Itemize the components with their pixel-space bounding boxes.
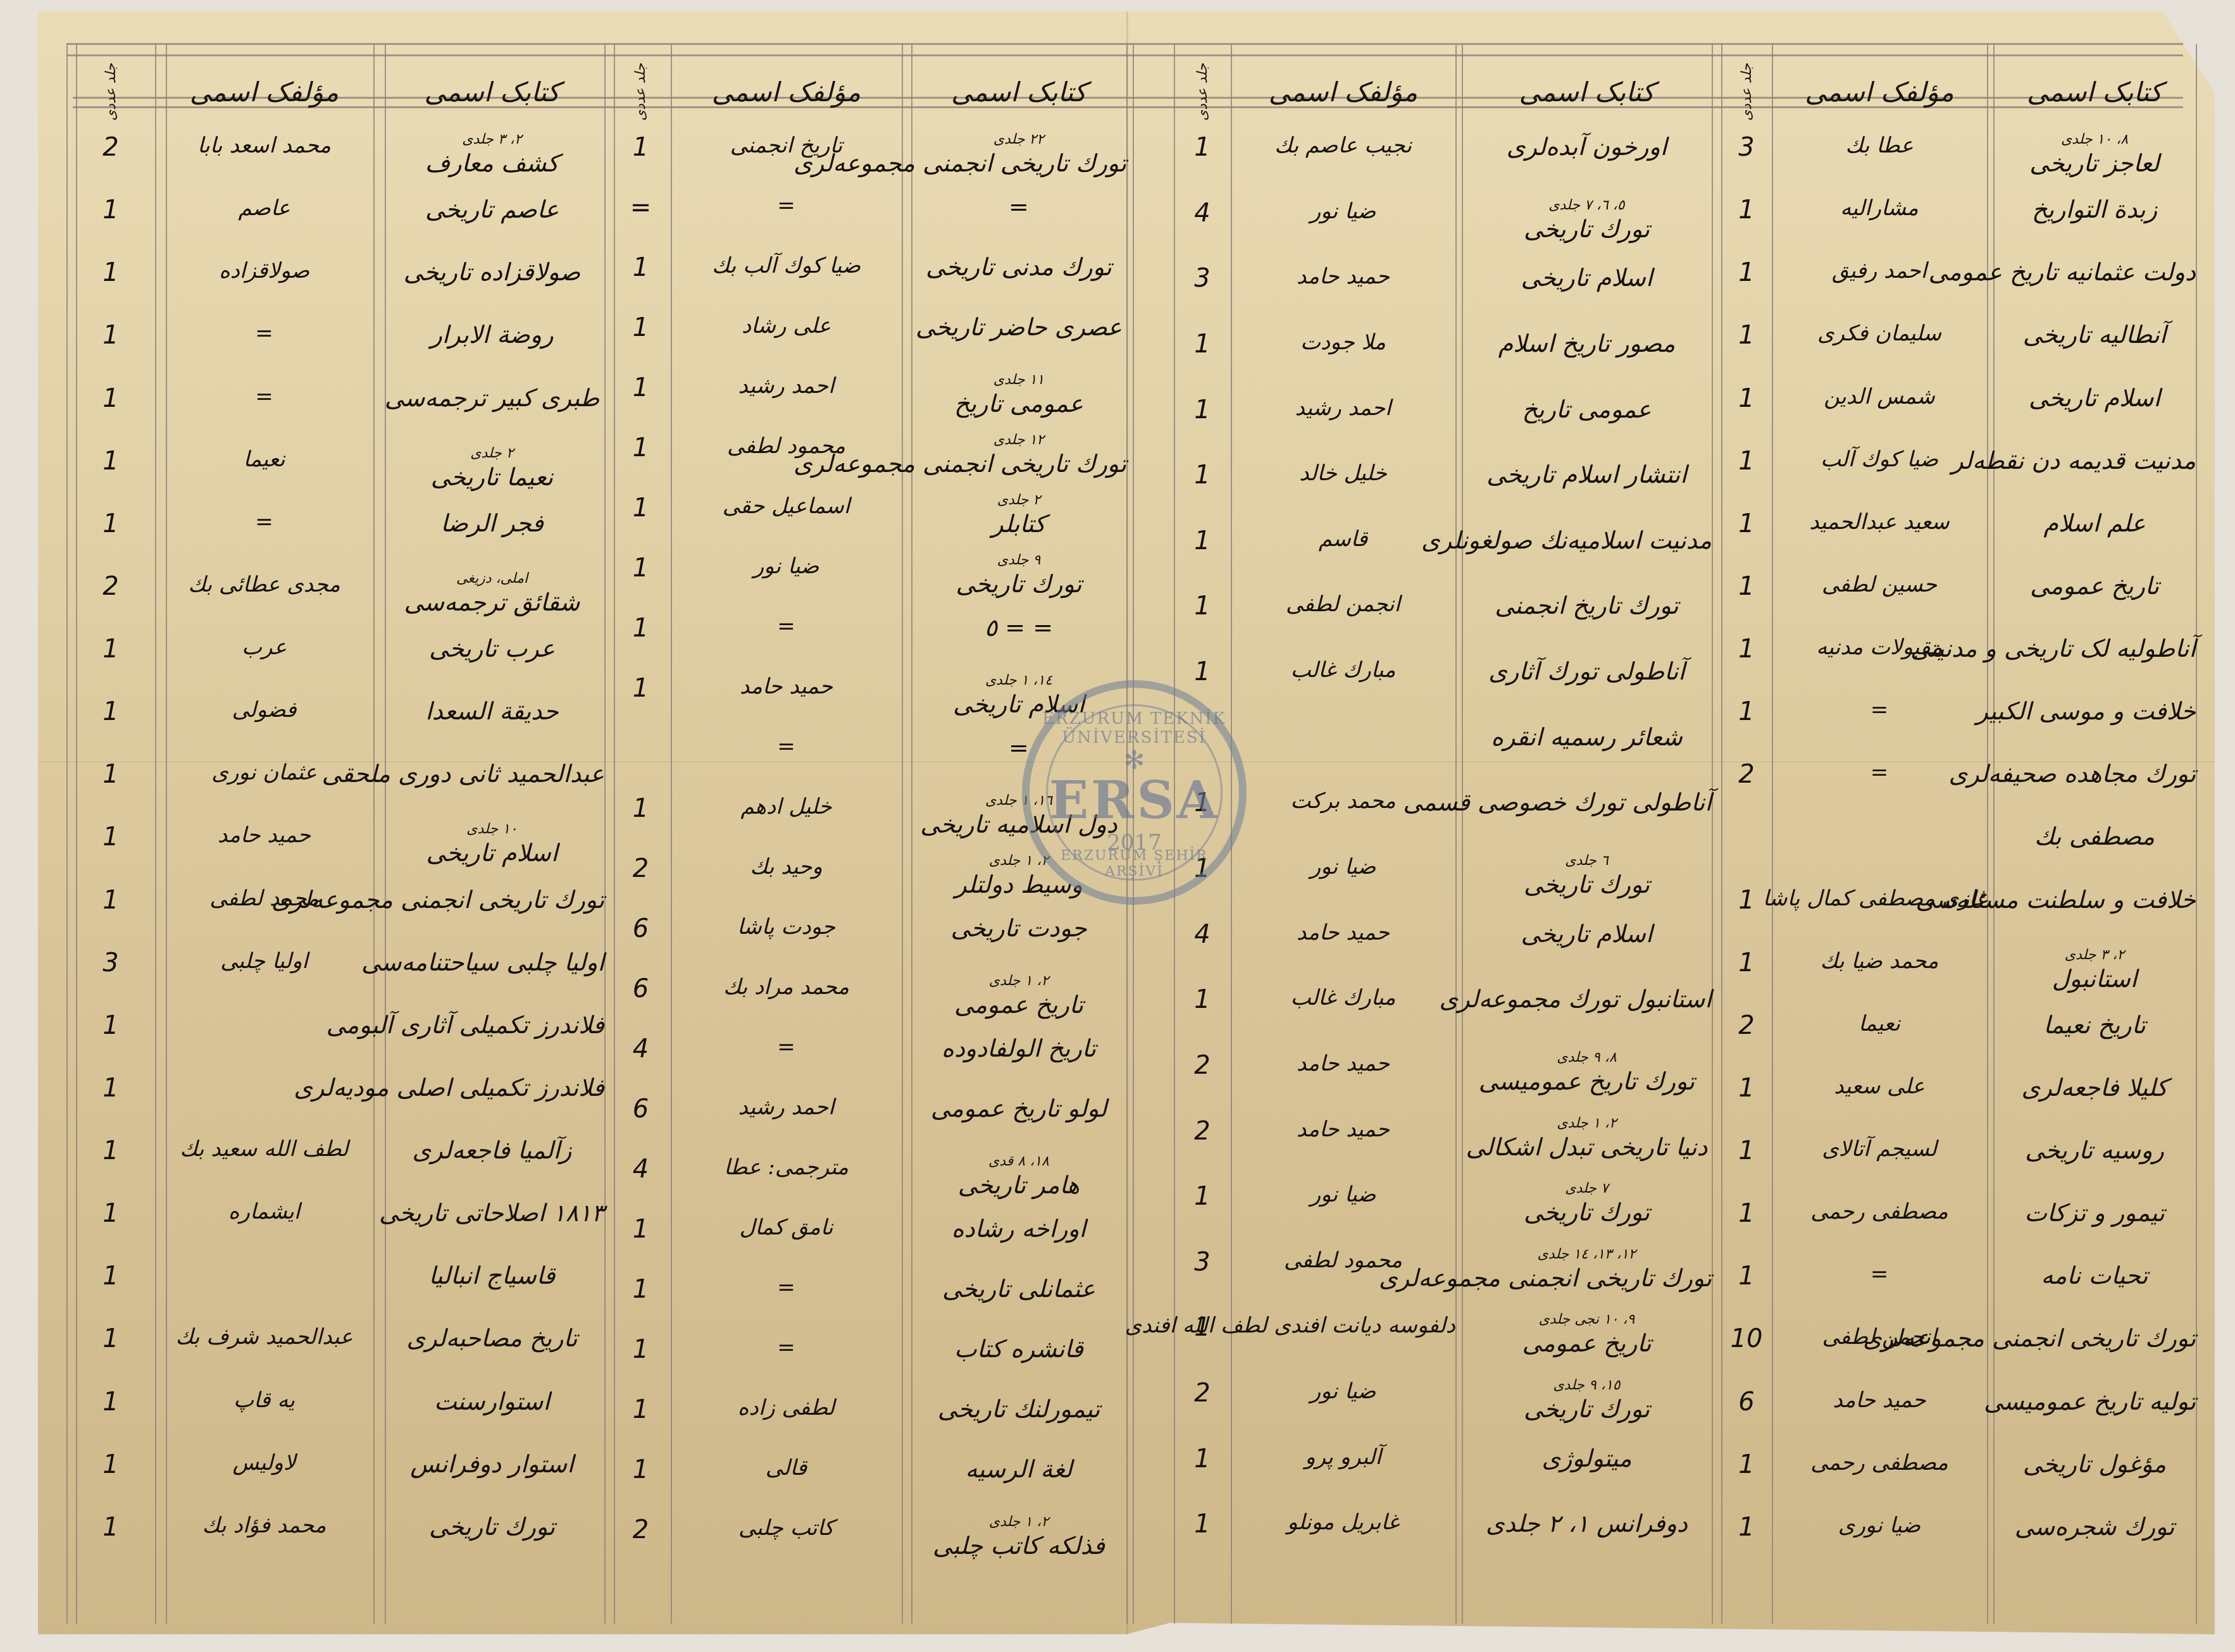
- entry-text: تورك تاریخی: [1524, 1395, 1650, 1423]
- book-name-cell: لغة الرسیه: [911, 1455, 1126, 1483]
- book-name-cell: ٦ جلدیتورك تاریخی: [1462, 854, 1712, 898]
- volume-count-cell: 1: [611, 133, 671, 162]
- author-name-cell: مصطفی رحمی: [1772, 1450, 1987, 1475]
- author-name-cell: لطفی زاده: [671, 1395, 902, 1420]
- volume-count-cell: 10: [1721, 1324, 1772, 1353]
- book-name-cell: حدیقة السعدا: [380, 697, 604, 725]
- author-name-cell: ضیا نوری: [1772, 1513, 1987, 1538]
- volume-note: ١٢ جلدی: [911, 433, 1126, 447]
- book-name-cell: روضة الابرار: [380, 321, 604, 349]
- volume-count-cell: 1: [66, 1388, 155, 1417]
- volume-note: ١٢، ١٣، ١٤ جلدی: [1462, 1248, 1712, 1262]
- author-name-cell: اولیا چلبی: [155, 948, 373, 974]
- book-name-cell: تورك مدنی تاریخی: [911, 253, 1126, 281]
- volume-count-cell: 1: [1174, 1182, 1231, 1211]
- book-name-cell: روسیه تاریخی: [1993, 1136, 2196, 1164]
- volume-count-cell: 1: [1174, 1313, 1231, 1342]
- book-name-cell: علم اسلام: [1993, 509, 2196, 537]
- author-name-cell: حمید حامد: [1231, 264, 1455, 289]
- volume-count-cell: 1: [1721, 509, 1772, 538]
- book-name-cell: صولاقزاده تاریخی: [380, 258, 604, 286]
- author-name-cell: احمد رشید: [671, 1095, 902, 1120]
- volume-count-cell: 4: [1174, 920, 1231, 949]
- entry-text: لعاجز تاریخی: [2029, 149, 2159, 177]
- volume-count-cell: 1: [1174, 461, 1231, 490]
- book-name-cell: عبدالحمید ثانی دوری ملحقی: [380, 760, 604, 788]
- author-name-cell: غابریل مونلو: [1231, 1510, 1455, 1535]
- volume-note: ١٥، ٩ جلدی: [1462, 1379, 1712, 1393]
- author-name-cell: =: [671, 1034, 902, 1060]
- volume-count-column: 31111111112112111110611: [1721, 127, 1772, 1601]
- author-name-cell: ضیا كوك آلب بك: [671, 253, 902, 278]
- author-name-cell: محمد فؤاد بك: [155, 1513, 373, 1538]
- volume-count-cell: 1: [66, 635, 155, 664]
- author-name-cell: آلبرو پرو: [1231, 1444, 1455, 1470]
- volume-note: ٨، ١٠ جلدی: [1993, 133, 2196, 147]
- volume-count-cell: 3: [1174, 1248, 1231, 1277]
- volume-count-cell: 2: [611, 854, 671, 883]
- volume-count-cell: 1: [1721, 886, 1772, 915]
- volume-count-cell: 1: [66, 1136, 155, 1165]
- author-name-cell: احمد رفیق: [1772, 258, 1987, 283]
- author-name-cell: نعیما: [1772, 1011, 1987, 1036]
- volume-count-cell: 1: [66, 509, 155, 538]
- header-volume-count: جلد عددی: [1721, 60, 1772, 123]
- volume-note: ٩، ١٠ نجی جلدی: [1462, 1313, 1712, 1327]
- book-name-cell: آناطولی تورك آثاری: [1462, 657, 1712, 685]
- volume-count-cell: 1: [1174, 1510, 1231, 1539]
- volume-count-cell: 1: [66, 760, 155, 789]
- book-name-cell: اسلام تاریخی: [1993, 384, 2196, 412]
- volume-note: ٢، ١ جلدی: [911, 1515, 1126, 1529]
- book-name-cell: اوراخه رشاده: [911, 1215, 1126, 1243]
- volume-count-cell: 6: [1721, 1388, 1772, 1417]
- book-name-cell: ٢٢ جلدیتورك تاریخی انجمنی مجموعه‌لری: [911, 133, 1126, 177]
- volume-count-cell: 1: [611, 614, 671, 643]
- author-name-cell: ملا جودت: [1231, 330, 1455, 355]
- book-name-cell: ١٠ جلدیاسلام تاریخی: [380, 823, 604, 867]
- author-name-cell: حمید حامد: [1772, 1388, 1987, 1413]
- book-name-cell: قاسیاج انبالیا: [380, 1262, 604, 1289]
- header-author-name: مؤلفک اسمی: [155, 60, 373, 123]
- book-name-cell: استانبول تورك مجموعه‌لری: [1462, 985, 1712, 1013]
- volume-count-cell: 1: [1174, 1444, 1231, 1474]
- column-rule: [1712, 44, 1713, 1624]
- book-name-cell: عمومی تاریخ: [1462, 395, 1712, 423]
- volume-count-column: 21111112111113111111111: [66, 127, 155, 1601]
- author-name-cell: حمید حامد: [1231, 1117, 1455, 1142]
- volume-note: ١٨، ٨ قدی: [911, 1155, 1126, 1169]
- book-name-cell: طبری كبیر ترجمه‌سی: [380, 384, 604, 412]
- book-name-cell: ١٨١٣ اصلاحاتی تاریخی: [380, 1199, 604, 1227]
- stamp-center-text: ERSA: [1030, 770, 1239, 831]
- entry-text: كتابلر: [992, 510, 1045, 538]
- volume-count-cell: 1: [66, 697, 155, 726]
- author-name-cell: احمد رشید: [671, 373, 902, 399]
- archive-stamp: ERZURUM TEKNİK ÜNİVERSİTESİ ✻ ERSA 2017 …: [1022, 680, 1247, 905]
- volume-count-cell: 1: [66, 258, 155, 287]
- volume-count-cell: 1: [1721, 258, 1772, 287]
- book-name-cell: استوارسنت: [380, 1388, 604, 1415]
- header-volume-count: جلد عددی: [1174, 60, 1231, 123]
- book-name-cell: تیمور و تزکات: [1993, 1199, 2196, 1227]
- author-name-cell: خلیل ادهم: [671, 794, 902, 819]
- stamp-top-text: ERZURUM TEKNİK ÜNİVERSİTESİ: [1030, 709, 1239, 747]
- header-rule-top-1: [66, 43, 2183, 45]
- author-name-cell: جودت پاشا: [671, 914, 902, 940]
- author-name-cell: لسیجم آتالای: [1772, 1136, 1987, 1162]
- volume-note: ٢، ١ جلدی: [911, 974, 1126, 988]
- book-name-cell: آنطالیه تاریخی: [1993, 321, 2196, 349]
- volume-count-cell: 1: [1721, 1262, 1772, 1291]
- volume-count-cell: 1: [1721, 635, 1772, 664]
- author-name-cell: سلیمان فکری: [1772, 321, 1987, 346]
- book-name-cell: خلافت و سلطنت مسئله‌سی: [1993, 886, 2196, 914]
- book-name-cell: شعائر رسمیه انقره: [1462, 723, 1712, 751]
- author-name-cell: عرب: [155, 635, 373, 660]
- volume-note: ٩ جلدی: [911, 554, 1126, 568]
- author-name-cell: مصطفی رحمی: [1772, 1199, 1987, 1224]
- volume-count-cell: 1: [1174, 526, 1231, 556]
- entry-text: كشف معارف: [425, 149, 559, 177]
- volume-count-cell: 1: [1721, 1450, 1772, 1479]
- book-name-cell: ٢، ١ جلدیتاریخ عمومی: [911, 974, 1126, 1019]
- header-volume-count: جلد عددی: [66, 60, 155, 123]
- book-name-cell: فلاندرز تكمیلی آثاری آلبومی: [380, 1011, 604, 1039]
- book-name-cell: ١١ جلدیعمومی تاریخ: [911, 373, 1126, 418]
- author-name-column: نجیب عاصم بكضیا نورحمید حامدملا جودتاحمد…: [1231, 127, 1455, 1601]
- volume-count-cell: 1: [66, 1324, 155, 1353]
- author-name-cell: ضیا نور: [1231, 854, 1455, 879]
- author-name-cell: محمد بركت: [1231, 788, 1455, 814]
- author-name-cell: =: [1772, 1262, 1987, 1287]
- volume-count-cell: 1: [1174, 133, 1231, 162]
- author-name-cell: =: [1772, 760, 1987, 785]
- author-name-cell: شمس الدین: [1772, 384, 1987, 409]
- book-name-cell: ٢، ٣ جلدیاستانبول: [1993, 948, 2196, 993]
- book-name-cell: تاریخ عمومی: [1993, 572, 2196, 600]
- book-name-cell: دوفرانس ١، ٢ جلدی: [1462, 1510, 1712, 1537]
- entry-text: تورك تاریخی: [1524, 871, 1650, 898]
- volume-count-column: 1=111111111266464111112: [611, 127, 671, 1601]
- book-name-cell: جودت تاریخی: [911, 914, 1126, 942]
- book-name-cell: عرب تاریخی: [380, 635, 604, 662]
- entry-text: اسلام تاریخی: [426, 839, 558, 867]
- volume-note: ٢، ٣ جلدی: [1993, 948, 2196, 962]
- volume-count-cell: 1: [1721, 384, 1772, 413]
- volume-count-cell: 4: [611, 1155, 671, 1184]
- book-name-cell: مصطفی بك: [1993, 823, 2196, 850]
- author-name-cell: ضیا نور: [671, 554, 902, 579]
- volume-count-cell: =: [611, 193, 671, 222]
- author-name-cell: غازی مصطفی كمال پاشا: [1772, 886, 1987, 911]
- author-name-cell: یه قاپ: [155, 1388, 373, 1413]
- column-rule: [902, 44, 903, 1624]
- book-name-cell: فلاندرز تكمیلی اصلی مودیه‌لری: [380, 1074, 604, 1102]
- author-name-cell: محمود لطفی: [1231, 1248, 1455, 1273]
- entry-text: تاریخ عمومی: [1522, 1329, 1652, 1357]
- book-name-cell: مصور تاریخ اسلام: [1462, 330, 1712, 357]
- volume-count-cell: 1: [611, 1455, 671, 1484]
- volume-count-cell: 1: [1174, 330, 1231, 359]
- volume-count-cell: 1: [611, 313, 671, 342]
- book-name-cell: تاریخ نعیما: [1993, 1011, 2196, 1039]
- volume-note: ٧ جلدی: [1462, 1182, 1712, 1196]
- book-name-cell: تاریخ الولفادوده: [911, 1034, 1126, 1062]
- volume-count-cell: 2: [1174, 1117, 1231, 1146]
- volume-count-cell: 1: [66, 1199, 155, 1228]
- volume-count-cell: 1: [611, 1395, 671, 1424]
- book-name-cell: =: [911, 193, 1126, 221]
- volume-count-cell: 2: [611, 1515, 671, 1544]
- volume-count-cell: 2: [1721, 1011, 1772, 1040]
- author-name-cell: احمد رشید: [1231, 395, 1455, 421]
- book-name-cell: ٢ جلدینعیما تاریخی: [380, 447, 604, 491]
- volume-count-cell: 2: [1721, 760, 1772, 789]
- book-name-cell: ٩، ١٠ نجی جلدیتاریخ عمومی: [1462, 1313, 1712, 1357]
- volume-count-cell: 3: [1174, 264, 1231, 293]
- header-book-name: کتابک اسمی: [1993, 60, 2196, 123]
- book-name-cell: ٨، ١٠ جلدیلعاجز تاریخی: [1993, 133, 2196, 177]
- author-name-cell: محمود لطفی: [671, 433, 902, 459]
- author-name-cell: قاسم: [1231, 526, 1455, 552]
- author-name-cell: دلفوسه دیانت افندی لطف الله افندی: [1231, 1313, 1455, 1338]
- volume-count-cell: 2: [66, 133, 155, 162]
- book-name-cell: تورك شجره‌سی: [1993, 1513, 2196, 1541]
- header-book-name: کتابک اسمی: [911, 60, 1126, 123]
- author-name-cell: =: [671, 1335, 902, 1360]
- entry-text: تورك تاریخی: [1524, 1198, 1650, 1226]
- author-name-cell: مبارك غالب: [1231, 657, 1455, 683]
- author-name-cell: مقبولات مدنیه: [1772, 635, 1987, 660]
- author-name-cell: محمد ضیا بك: [1772, 948, 1987, 974]
- author-name-cell: =: [671, 734, 902, 759]
- volume-count-cell: 1: [1721, 1074, 1772, 1103]
- book-name-cell: تیمورلنك تاریخی: [911, 1395, 1126, 1423]
- author-name-cell: عثمان نوری: [155, 760, 373, 785]
- volume-count-cell: 1: [611, 433, 671, 463]
- author-name-cell: محمد مراد بك: [671, 974, 902, 1000]
- book-name-cell: ٧ جلدیتورك تاریخی: [1462, 1182, 1712, 1226]
- volume-count-cell: 1: [1174, 592, 1231, 621]
- book-name-cell: ١٢ جلدیتورك تاریخی انجمنی مجموعه‌لری: [911, 433, 1126, 478]
- book-name-cell: مدنیت اسلامیه‌نك صولغونلری: [1462, 526, 1712, 554]
- author-name-cell: وحید بك: [671, 854, 902, 879]
- author-name-cell: تاریخ انجمنی: [671, 133, 902, 158]
- volume-count-cell: 1: [611, 1335, 671, 1364]
- book-name-cell: انتشار اسلام تاریخی: [1462, 461, 1712, 488]
- author-name-cell: حمید حامد: [671, 674, 902, 699]
- volume-count-cell: 3: [1721, 133, 1772, 162]
- author-name-cell: =: [155, 509, 373, 535]
- stamp-bottom-text: ERZURUM ŞEHİR ARŞİVİ: [1030, 848, 1239, 879]
- entry-text: تاریخ عمومی: [954, 991, 1083, 1019]
- book-name-cell: عصری حاضر تاریخی: [911, 313, 1126, 341]
- volume-note: ٢، ١ جلدی: [1462, 1117, 1712, 1131]
- book-name-cell: كلیلا فاجعه‌لری: [1993, 1074, 2196, 1102]
- author-name-cell: عاصم: [155, 196, 373, 221]
- entry-text: تورك تاریخی: [1524, 215, 1650, 243]
- book-name-cell: تحیات نامه: [1993, 1262, 2196, 1289]
- author-name-cell: لطف الله سعید بك: [155, 1136, 373, 1162]
- book-name-cell: ١٥، ٩ جلدیتورك تاریخی: [1462, 1379, 1712, 1423]
- author-name-cell: خلیل خالد: [1231, 461, 1455, 486]
- book-name-cell: ١٢، ١٣، ١٤ جلدیتورك تاریخی انجمنی مجموعه…: [1462, 1248, 1712, 1292]
- volume-note: ١٤، ١ جلدی: [911, 674, 1126, 688]
- header-author-name: مؤلفک اسمی: [1772, 60, 1987, 123]
- book-name-cell: استوار دوفرانس: [380, 1450, 604, 1478]
- volume-note: ٥، ٦، ٧ جلدی: [1462, 199, 1712, 213]
- header-author-name: مؤلفک اسمی: [671, 60, 902, 123]
- header-rule-top-2: [66, 54, 2183, 56]
- volume-count-cell: 1: [66, 1450, 155, 1479]
- author-name-cell: فضولی: [155, 697, 373, 723]
- book-name-cell: مدنیت قدیمه دن نقطه‌لر: [1993, 447, 2196, 475]
- author-name-cell: علی سعید: [1772, 1074, 1987, 1099]
- author-name-cell: =: [1772, 697, 1987, 723]
- volume-note: ٨، ٩ جلدی: [1462, 1051, 1712, 1065]
- volume-count-cell: 6: [611, 1095, 671, 1124]
- volume-count-cell: 1: [1174, 985, 1231, 1014]
- volume-count-cell: 3: [66, 948, 155, 978]
- author-name-cell: علی رشاد: [671, 313, 902, 338]
- volume-count-cell: 1: [1721, 1136, 1772, 1165]
- entry-text: استانبول: [2052, 965, 2138, 993]
- volume-note: ١١ جلدی: [911, 373, 1126, 387]
- volume-note: ٢٢ جلدی: [911, 133, 1126, 147]
- volume-note: ٦ جلدی: [1462, 854, 1712, 868]
- volume-count-cell: 1: [66, 321, 155, 350]
- entry-text: دنیا تاریخی تبدل اشكالی: [1466, 1133, 1708, 1161]
- volume-count-cell: 4: [1174, 199, 1231, 228]
- author-name-column: تاریخ انجمنی=ضیا كوك آلب بكعلی رشاداحمد …: [671, 127, 902, 1601]
- author-name-cell: حمید حامد: [1231, 1051, 1455, 1076]
- book-name-cell: اسلام تاریخی: [1462, 264, 1712, 292]
- volume-count-cell: 2: [1174, 1379, 1231, 1408]
- author-name-cell: ضیا كوك آلب: [1772, 447, 1987, 472]
- author-name-cell: نعیما: [155, 447, 373, 472]
- volume-note: املی، دزیغی: [380, 572, 604, 586]
- book-name-cell: تورك تاریخی انجمنی مجموعه‌لری: [1993, 1324, 2196, 1352]
- entry-text: هامر تاریخی: [958, 1171, 1080, 1199]
- volume-count-cell: 1: [1721, 1199, 1772, 1228]
- book-name-cell: عثمانلی تاریخی: [911, 1275, 1126, 1303]
- volume-note: ٢ جلدی: [380, 447, 604, 461]
- author-name-cell: مترجمی: عطا: [671, 1155, 902, 1180]
- column-rule: [2196, 44, 2197, 1624]
- author-name-cell: ضیا نور: [1231, 1379, 1455, 1404]
- book-name-cell: تولیه تاریخ عمومیسی: [1993, 1388, 2196, 1415]
- volume-count-cell: 1: [66, 1011, 155, 1040]
- book-name-cell: املی، دزیغیشقائق ترجمه‌سی: [380, 572, 604, 616]
- author-name-cell: قالی: [671, 1455, 902, 1481]
- header-book-name: کتابک اسمی: [380, 60, 604, 123]
- header-book-name: کتابک اسمی: [1462, 60, 1712, 123]
- volume-count-cell: 1: [611, 794, 671, 823]
- author-name-cell: حسین لطفی: [1772, 572, 1987, 597]
- author-name-column: عطا بكمشارالیهاحمد رفیقسلیمان فکریشمس ال…: [1772, 127, 1987, 1601]
- author-name-cell: =: [671, 193, 902, 218]
- volume-count-cell: 6: [611, 914, 671, 943]
- author-name-cell: مجدی عطائی بك: [155, 572, 373, 597]
- volume-count-cell: 1: [1174, 395, 1231, 425]
- book-name-cell: ٥، ٦، ٧ جلدیتورك تاریخی: [1462, 199, 1712, 243]
- entry-text: تورك تاریخی: [956, 570, 1081, 598]
- volume-count-cell: 1: [611, 1275, 671, 1304]
- author-name-cell: ایشماره: [155, 1199, 373, 1224]
- author-name-cell: سعید عبدالحمید: [1772, 509, 1987, 535]
- book-name-cell: ٩ جلدیتورك تاریخی: [911, 554, 1126, 598]
- author-name-cell: انجمن لطفی: [1772, 1324, 1987, 1350]
- book-name-cell: لولو تاریخ عمومی: [911, 1095, 1126, 1122]
- volume-count-cell: 1: [66, 1262, 155, 1291]
- author-name-cell: صولاقزاده: [155, 258, 373, 283]
- entry-text: تورك تاریخ عمومیسی: [1479, 1067, 1695, 1095]
- author-name-cell: لاولیس: [155, 1450, 373, 1475]
- volume-note: ٢ جلدی: [911, 494, 1126, 507]
- entry-text: شقائق ترجمه‌سی: [404, 588, 580, 616]
- book-name-cell: قانشره كتاب: [911, 1335, 1126, 1363]
- book-name-cell: آناطولیه لک تاریخی و مدنیتی: [1993, 635, 2196, 662]
- header-author-name: مؤلفک اسمی: [1231, 60, 1455, 123]
- book-name-cell: زآلمیا فاجعه‌لری: [380, 1136, 604, 1164]
- book-name-cell: ٢ جلدیكتابلر: [911, 494, 1126, 538]
- volume-count-cell: 1: [66, 823, 155, 852]
- book-name-cell: فجر الرضا: [380, 509, 604, 537]
- author-name-cell: مبارك غالب: [1231, 985, 1455, 1010]
- book-name-cell: خلافت و موسی الكبیر: [1993, 697, 2196, 725]
- author-name-cell: ضیا نور: [1231, 1182, 1455, 1207]
- volume-count-cell: 1: [1721, 948, 1772, 978]
- book-name-cell: تورك تاریخ انجمنی: [1462, 592, 1712, 619]
- volume-count-cell: 1: [66, 886, 155, 915]
- book-name-cell: مؤغول تاریخی: [1993, 1450, 2196, 1478]
- volume-count-cell: 2: [66, 572, 155, 601]
- book-name-cell: تاریخ مصاحبه‌لری: [380, 1324, 604, 1352]
- volume-count-cell: 1: [1721, 1513, 1772, 1542]
- author-name-column: محمد اسعد باباعاصمصولاقزاده==نعیما=مجدی …: [155, 127, 373, 1601]
- book-name-cell: ٢، ٣ جلدیكشف معارف: [380, 133, 604, 177]
- book-name-cell: ٢، ١ جلدیدنیا تاریخی تبدل اشكالی: [1462, 1117, 1712, 1161]
- book-name-column: اورخون آبده‌لری٥، ٦، ٧ جلدیتورك تاریخیاس…: [1462, 127, 1712, 1601]
- volume-count-cell: 1: [1721, 321, 1772, 350]
- book-name-cell: تورك تاریخی انجمنی مجموعه‌لری: [380, 886, 604, 914]
- volume-count-cell: 1: [611, 1215, 671, 1244]
- volume-note: ٢، ٣ جلدی: [380, 133, 604, 147]
- author-name-cell: ضیا نور: [1231, 199, 1455, 224]
- volume-count-cell: 1: [1174, 657, 1231, 686]
- author-name-cell: حمید حامد: [155, 823, 373, 848]
- author-name-cell: حمید حامد: [1231, 920, 1455, 945]
- entry-text: فذلكه كاتب چلبی: [933, 1532, 1105, 1560]
- book-name-cell: ٨، ٩ جلدیتورك تاریخ عمومیسی: [1462, 1051, 1712, 1095]
- volume-count-cell: 1: [611, 494, 671, 523]
- book-name-cell: زبدة التواریخ: [1993, 196, 2196, 223]
- volume-count-cell: 6: [611, 974, 671, 1003]
- book-name-cell: ٢، ١ جلدیفذلكه كاتب چلبی: [911, 1515, 1126, 1560]
- book-name-cell: اورخون آبده‌لری: [1462, 133, 1712, 161]
- volume-count-cell: 1: [611, 554, 671, 583]
- author-name-cell: مشارالیه: [1772, 196, 1987, 221]
- author-name-cell: عطا بك: [1772, 133, 1987, 158]
- book-name-cell: تورك تاریخی: [380, 1513, 604, 1541]
- volume-count-cell: 1: [66, 1074, 155, 1103]
- author-name-cell: =: [671, 1275, 902, 1300]
- volume-count-cell: 4: [611, 1034, 671, 1064]
- book-name-column: ٨، ١٠ جلدیلعاجز تاریخیزبدة التواریخدولت …: [1993, 127, 2196, 1601]
- book-name-cell: عاصم تاریخی: [380, 196, 604, 223]
- book-name-cell: دولت عثمانیه تاریخ عمومی: [1993, 258, 2196, 286]
